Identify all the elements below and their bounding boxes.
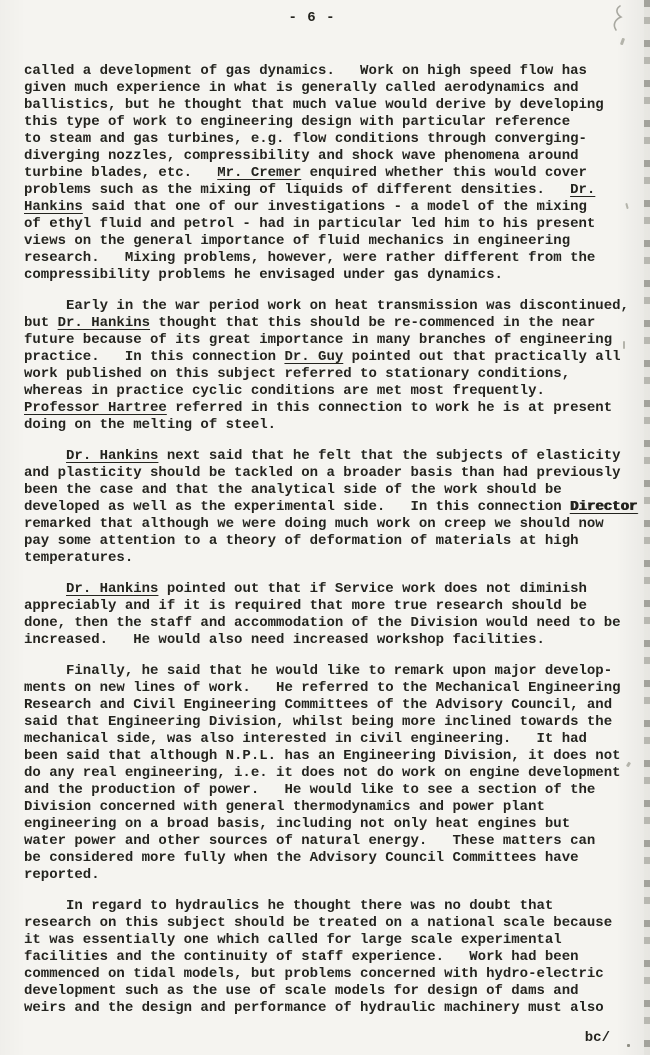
text-line: Finally, he said that he would like to r… — [24, 663, 640, 680]
text-line: of ethyl fluid and petrol - had in parti… — [24, 216, 640, 233]
paragraph: Early in the war period work on heat tra… — [24, 298, 640, 434]
pen-squiggle-mark — [606, 4, 626, 32]
text-line: In regard to hydraulics he thought there… — [24, 898, 640, 915]
text-segment: given much experience in what is general… — [24, 80, 579, 96]
text-segment: commenced on tidal models, but problems … — [24, 966, 604, 982]
text-segment: research. Mixing problems, however, were… — [24, 250, 595, 266]
text-line: commenced on tidal models, but problems … — [24, 966, 640, 983]
text-line: it was essentially one which called for … — [24, 932, 640, 949]
text-line: whereas in practice cyclic conditions ar… — [24, 383, 640, 400]
text-line: weirs and the design and performance of … — [24, 1000, 640, 1017]
text-line: Early in the war period work on heat tra… — [24, 298, 640, 315]
text-segment: problems such as the mixing of liquids o… — [24, 182, 570, 198]
text-segment: remarked that although we were doing muc… — [24, 516, 604, 532]
text-segment: thought that this should be re-commenced… — [150, 315, 595, 331]
text-line: research. Mixing problems, however, were… — [24, 250, 640, 267]
text-segment: practice. In this connection — [24, 349, 284, 365]
text-segment: research on this subject should be treat… — [24, 915, 612, 931]
text-line: work published on this subject referred … — [24, 366, 640, 383]
underlined-name: Professor Hartree — [24, 400, 167, 416]
underlined-name: Dr. Guy — [284, 349, 343, 365]
text-line: Professor Hartree referred in this conne… — [24, 400, 640, 417]
text-segment: pointed out that if Service work does no… — [158, 581, 586, 597]
text-segment: whereas in practice cyclic conditions ar… — [24, 383, 545, 399]
text-line: called a development of gas dynamics. Wo… — [24, 63, 640, 80]
document-page: - 6 - called a development of gas dynami… — [0, 0, 650, 1055]
text-line: to steam and gas turbines, e.g. flow con… — [24, 131, 640, 148]
text-line: done, then the staff and accommodation o… — [24, 615, 640, 632]
text-segment: diverging nozzles, compressibility and s… — [24, 148, 579, 164]
document-content: - 6 - called a development of gas dynami… — [24, 10, 640, 1047]
text-segment: this type of work to engineering design … — [24, 114, 570, 130]
text-segment: be considered more fully when the Adviso… — [24, 850, 579, 866]
underlined-name: Director — [570, 499, 637, 515]
text-segment: pay some attention to a theory of deform… — [24, 533, 579, 549]
text-line: mechanical side, was also interested in … — [24, 731, 640, 748]
text-segment: ments on new lines of work. He referred … — [24, 680, 621, 696]
text-segment: but — [24, 315, 58, 331]
text-segment: In regard to hydraulics he thought there… — [24, 898, 553, 914]
text-line: and plasticity should be tackled on a br… — [24, 465, 640, 482]
typist-initials: bc/ — [24, 1030, 640, 1047]
scan-speck — [627, 1044, 630, 1047]
text-segment — [24, 448, 66, 464]
document-body: called a development of gas dynamics. Wo… — [24, 63, 640, 1017]
text-line: temperatures. — [24, 550, 640, 567]
text-segment — [24, 581, 66, 597]
text-line: doing on the melting of steel. — [24, 417, 640, 434]
underlined-name: Mr. Cremer — [217, 165, 301, 181]
text-line: ments on new lines of work. He referred … — [24, 680, 640, 697]
text-line: this type of work to engineering design … — [24, 114, 640, 131]
text-line: practice. In this connection Dr. Guy poi… — [24, 349, 640, 366]
text-line: given much experience in what is general… — [24, 80, 640, 97]
underlined-name: Dr. Hankins — [58, 315, 150, 331]
text-segment: mechanical side, was also interested in … — [24, 731, 587, 747]
text-line: Dr. Hankins next said that he felt that … — [24, 448, 640, 465]
text-line: research on this subject should be treat… — [24, 915, 640, 932]
text-segment: Early in the war period work on heat tra… — [24, 298, 629, 314]
scan-speck — [623, 341, 625, 349]
text-line: future because of its great importance i… — [24, 332, 640, 349]
text-line: been said that although N.P.L. has an En… — [24, 748, 640, 765]
text-line: Division concerned with general thermody… — [24, 799, 640, 816]
text-line: views on the general importance of fluid… — [24, 233, 640, 250]
text-segment: views on the general importance of fluid… — [24, 233, 570, 249]
text-segment: water power and other sources of natural… — [24, 833, 595, 849]
text-line: compressibility problems he envisaged un… — [24, 267, 640, 284]
text-line: said that Engineering Division, whilst b… — [24, 714, 640, 731]
text-segment: said that Engineering Division, whilst b… — [24, 714, 612, 730]
text-line: be considered more fully when the Adviso… — [24, 850, 640, 867]
text-segment: temperatures. — [24, 550, 133, 566]
text-line: but Dr. Hankins thought that this should… — [24, 315, 640, 332]
paragraph: In regard to hydraulics he thought there… — [24, 898, 640, 1017]
text-segment: work published on this subject referred … — [24, 366, 570, 382]
text-segment: enquired whether this would cover — [301, 165, 587, 181]
text-segment: and plasticity should be tackled on a br… — [24, 465, 621, 481]
text-segment: to steam and gas turbines, e.g. flow con… — [24, 131, 587, 147]
text-segment: called a development of gas dynamics. Wo… — [24, 63, 587, 79]
text-segment: turbine blades, etc. — [24, 165, 217, 181]
text-line: Hankins said that one of our investigati… — [24, 199, 640, 216]
text-segment: Division concerned with general thermody… — [24, 799, 545, 815]
text-line: been the case and that the analytical si… — [24, 482, 640, 499]
paragraph: Dr. Hankins next said that he felt that … — [24, 448, 640, 567]
text-segment: of ethyl fluid and petrol - had in parti… — [24, 216, 595, 232]
text-segment: weirs and the design and performance of … — [24, 1000, 604, 1016]
text-segment: been the case and that the analytical si… — [24, 482, 562, 498]
text-line: turbine blades, etc. Mr. Cremer enquired… — [24, 165, 640, 182]
text-segment: referred in this connection to work he i… — [167, 400, 612, 416]
text-line: remarked that although we were doing muc… — [24, 516, 640, 533]
text-line: appreciably and if it is required that m… — [24, 598, 640, 615]
text-segment: it was essentially one which called for … — [24, 932, 562, 948]
text-segment: Finally, he said that he would like to r… — [24, 663, 612, 679]
text-line: problems such as the mixing of liquids o… — [24, 182, 640, 199]
underlined-name: Hankins — [24, 199, 83, 215]
text-segment: next said that he felt that the subjects… — [158, 448, 620, 464]
text-line: and the production of power. He would li… — [24, 782, 640, 799]
page-number: - 6 - — [24, 10, 600, 27]
text-line: do any real engineering, i.e. it does no… — [24, 765, 640, 782]
scan-edge-shadow — [644, 0, 650, 1055]
text-segment: Research and Civil Engineering Committee… — [24, 697, 612, 713]
text-segment: and the production of power. He would li… — [24, 782, 595, 798]
text-line: Research and Civil Engineering Committee… — [24, 697, 640, 714]
text-segment: developed as well as the experimental si… — [24, 499, 570, 515]
underlined-name: Dr. — [570, 182, 595, 198]
text-line: water power and other sources of natural… — [24, 833, 640, 850]
text-segment: future because of its great importance i… — [24, 332, 612, 348]
text-segment: reported. — [24, 867, 100, 883]
paragraph: Finally, he said that he would like to r… — [24, 663, 640, 884]
text-segment: increased. He would also need increased … — [24, 632, 545, 648]
text-segment: facilities and the continuity of staff e… — [24, 949, 579, 965]
text-line: reported. — [24, 867, 640, 884]
text-segment: done, then the staff and accommodation o… — [24, 615, 621, 631]
text-line: development such as the use of scale mod… — [24, 983, 640, 1000]
text-segment: engineering on a broad basis, including … — [24, 816, 570, 832]
text-line: increased. He would also need increased … — [24, 632, 640, 649]
text-line: engineering on a broad basis, including … — [24, 816, 640, 833]
text-segment: ballistics, but he thought that much val… — [24, 97, 604, 113]
text-segment: been said that although N.P.L. has an En… — [24, 748, 621, 764]
text-segment: compressibility problems he envisaged un… — [24, 267, 503, 283]
text-line: developed as well as the experimental si… — [24, 499, 640, 516]
paragraph: Dr. Hankins pointed out that if Service … — [24, 581, 640, 649]
text-segment: do any real engineering, i.e. it does no… — [24, 765, 621, 781]
underlined-name: Dr. Hankins — [66, 448, 158, 464]
text-segment: doing on the melting of steel. — [24, 417, 276, 433]
paragraph: called a development of gas dynamics. Wo… — [24, 63, 640, 284]
text-segment: development such as the use of scale mod… — [24, 983, 579, 999]
text-line: pay some attention to a theory of deform… — [24, 533, 640, 550]
text-segment: said that one of our investigations - a … — [83, 199, 587, 215]
text-line: facilities and the continuity of staff e… — [24, 949, 640, 966]
text-line: Dr. Hankins pointed out that if Service … — [24, 581, 640, 598]
text-segment: pointed out that practically all — [343, 349, 620, 365]
text-line: diverging nozzles, compressibility and s… — [24, 148, 640, 165]
underlined-name: Dr. Hankins — [66, 581, 158, 597]
text-line: ballistics, but he thought that much val… — [24, 97, 640, 114]
text-segment: appreciably and if it is required that m… — [24, 598, 587, 614]
